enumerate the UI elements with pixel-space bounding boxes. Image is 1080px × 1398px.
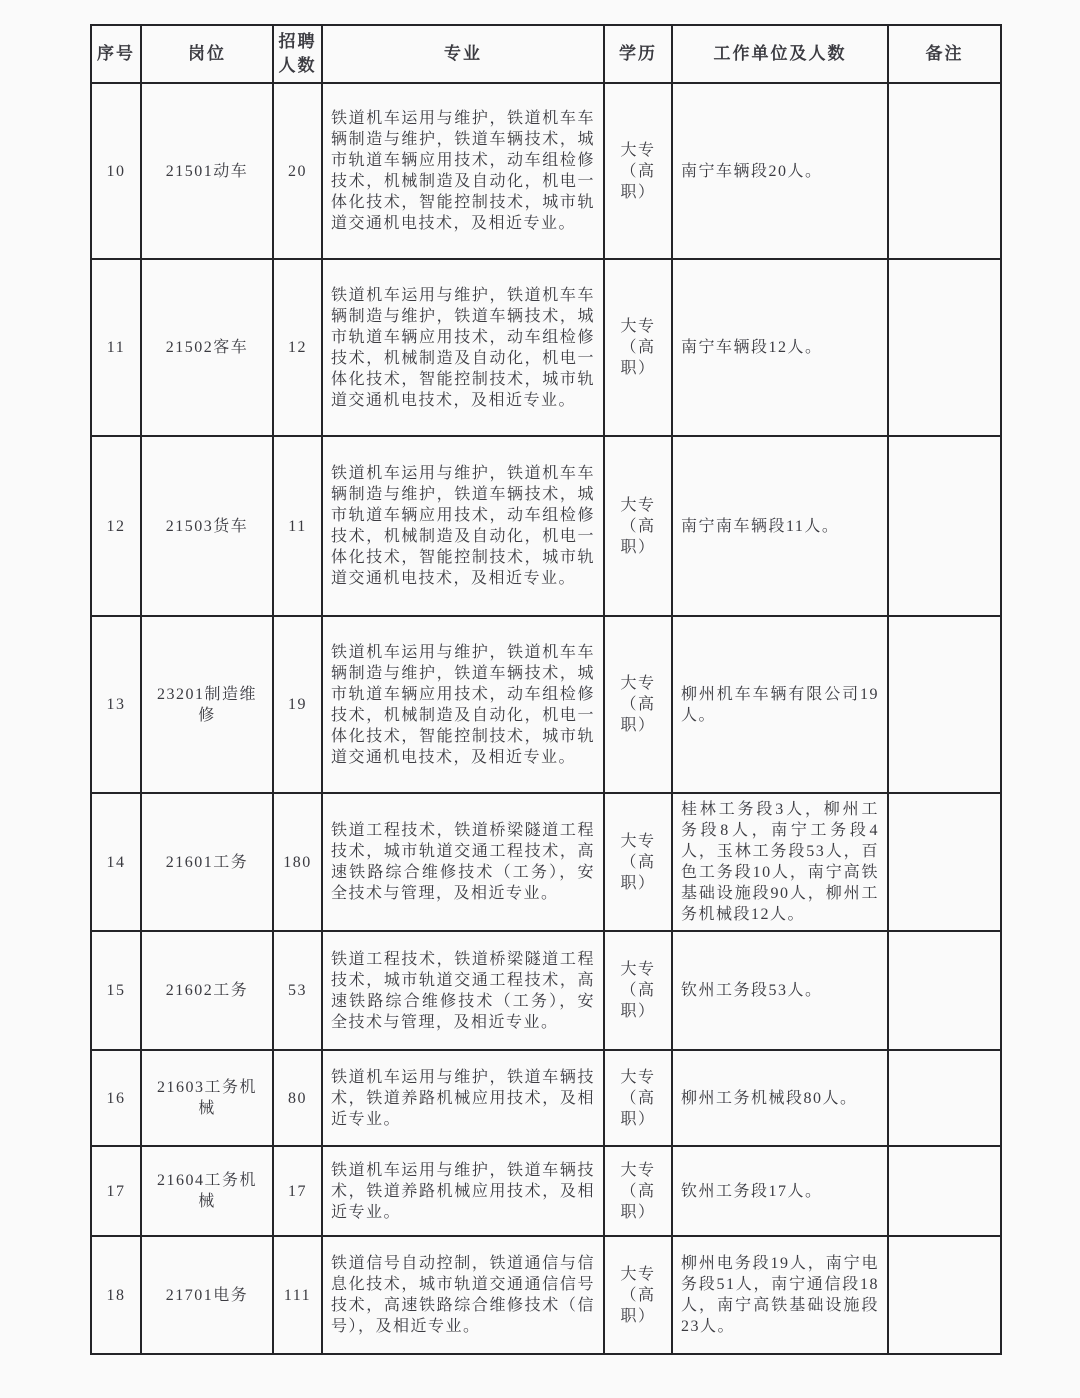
- cell-work-unit: 南宁南车辆段11人。: [672, 436, 888, 616]
- cell-work-unit: 南宁车辆段20人。: [672, 83, 888, 259]
- cell-education: 大专（高职）: [604, 1050, 672, 1146]
- cell-education: 大专（高职）: [604, 259, 672, 436]
- cell-work-unit: 南宁车辆段12人。: [672, 259, 888, 436]
- table-header-row: 序号 岗位 招聘人数 专业 学历 工作单位及人数 备注: [91, 25, 1001, 83]
- cell-work-unit: 柳州工务机械段80人。: [672, 1050, 888, 1146]
- header-recruit-count: 招聘人数: [273, 25, 322, 83]
- table-row: 15 21602工务 53 铁道工程技术，铁道桥梁隧道工程技术，城市轨道交通工程…: [91, 931, 1001, 1050]
- recruitment-table: 序号 岗位 招聘人数 专业 学历 工作单位及人数 备注 10 21501动车 2…: [90, 24, 1002, 1355]
- cell-recruit-count: 80: [273, 1050, 322, 1146]
- cell-remarks: [888, 1146, 1001, 1236]
- cell-education: 大专（高职）: [604, 83, 672, 259]
- cell-serial-number: 11: [91, 259, 141, 436]
- cell-position: 23201制造维修: [141, 616, 273, 793]
- cell-position: 21601工务: [141, 793, 273, 931]
- cell-serial-number: 18: [91, 1236, 141, 1354]
- cell-work-unit: 桂林工务段3人，柳州工务段8人，南宁工务段4人，玉林工务段53人，百色工务段10…: [672, 793, 888, 931]
- cell-remarks: [888, 83, 1001, 259]
- header-work-unit: 工作单位及人数: [672, 25, 888, 83]
- cell-education: 大专（高职）: [604, 616, 672, 793]
- cell-remarks: [888, 793, 1001, 931]
- document-page: 序号 岗位 招聘人数 专业 学历 工作单位及人数 备注 10 21501动车 2…: [0, 0, 1080, 1398]
- cell-major: 铁道工程技术，铁道桥梁隧道工程技术，城市轨道交通工程技术，高速铁路综合维修技术（…: [322, 931, 604, 1050]
- header-major: 专业: [322, 25, 604, 83]
- table-row: 17 21604工务机械 17 铁道机车运用与维护，铁道车辆技术，铁道养路机械应…: [91, 1146, 1001, 1236]
- header-education: 学历: [604, 25, 672, 83]
- cell-remarks: [888, 259, 1001, 436]
- table-row: 11 21502客车 12 铁道机车运用与维护，铁道机车车辆制造与维护，铁道车辆…: [91, 259, 1001, 436]
- cell-recruit-count: 19: [273, 616, 322, 793]
- cell-recruit-count: 180: [273, 793, 322, 931]
- cell-serial-number: 15: [91, 931, 141, 1050]
- table-row: 12 21503货车 11 铁道机车运用与维护，铁道机车车辆制造与维护，铁道车辆…: [91, 436, 1001, 616]
- cell-recruit-count: 17: [273, 1146, 322, 1236]
- header-serial-number: 序号: [91, 25, 141, 83]
- cell-serial-number: 10: [91, 83, 141, 259]
- cell-serial-number: 12: [91, 436, 141, 616]
- cell-recruit-count: 12: [273, 259, 322, 436]
- cell-serial-number: 14: [91, 793, 141, 931]
- cell-work-unit: 钦州工务段53人。: [672, 931, 888, 1050]
- cell-position: 21701电务: [141, 1236, 273, 1354]
- cell-serial-number: 17: [91, 1146, 141, 1236]
- table-row: 10 21501动车 20 铁道机车运用与维护，铁道机车车辆制造与维护，铁道车辆…: [91, 83, 1001, 259]
- cell-major: 铁道机车运用与维护，铁道车辆技术，铁道养路机械应用技术，及相近专业。: [322, 1146, 604, 1236]
- cell-position: 21501动车: [141, 83, 273, 259]
- cell-recruit-count: 11: [273, 436, 322, 616]
- cell-recruit-count: 20: [273, 83, 322, 259]
- cell-major: 铁道机车运用与维护，铁道机车车辆制造与维护，铁道车辆技术，城市轨道车辆应用技术，…: [322, 83, 604, 259]
- cell-remarks: [888, 931, 1001, 1050]
- cell-serial-number: 13: [91, 616, 141, 793]
- cell-major: 铁道机车运用与维护，铁道机车车辆制造与维护，铁道车辆技术，城市轨道车辆应用技术，…: [322, 259, 604, 436]
- cell-major: 铁道工程技术，铁道桥梁隧道工程技术，城市轨道交通工程技术，高速铁路综合维修技术（…: [322, 793, 604, 931]
- cell-education: 大专（高职）: [604, 436, 672, 616]
- header-position: 岗位: [141, 25, 273, 83]
- cell-education: 大专（高职）: [604, 793, 672, 931]
- cell-major: 铁道机车运用与维护，铁道机车车辆制造与维护，铁道车辆技术，城市轨道车辆应用技术，…: [322, 616, 604, 793]
- header-remarks: 备注: [888, 25, 1001, 83]
- table-row: 18 21701电务 111 铁道信号自动控制，铁道通信与信息化技术，城市轨道交…: [91, 1236, 1001, 1354]
- cell-position: 21603工务机械: [141, 1050, 273, 1146]
- cell-major: 铁道机车运用与维护，铁道车辆技术，铁道养路机械应用技术，及相近专业。: [322, 1050, 604, 1146]
- cell-work-unit: 柳州电务段19人，南宁电务段51人，南宁通信段18人，南宁高铁基础设施段23人。: [672, 1236, 888, 1354]
- cell-major: 铁道机车运用与维护，铁道机车车辆制造与维护，铁道车辆技术，城市轨道车辆应用技术，…: [322, 436, 604, 616]
- table-row: 16 21603工务机械 80 铁道机车运用与维护，铁道车辆技术，铁道养路机械应…: [91, 1050, 1001, 1146]
- cell-position: 21503货车: [141, 436, 273, 616]
- cell-remarks: [888, 436, 1001, 616]
- cell-work-unit: 柳州机车车辆有限公司19人。: [672, 616, 888, 793]
- cell-remarks: [888, 1050, 1001, 1146]
- cell-remarks: [888, 616, 1001, 793]
- cell-position: 21502客车: [141, 259, 273, 436]
- cell-major: 铁道信号自动控制，铁道通信与信息化技术，城市轨道交通通信信号技术，高速铁路综合维…: [322, 1236, 604, 1354]
- cell-recruit-count: 111: [273, 1236, 322, 1354]
- cell-position: 21604工务机械: [141, 1146, 273, 1236]
- cell-education: 大专（高职）: [604, 1146, 672, 1236]
- cell-position: 21602工务: [141, 931, 273, 1050]
- cell-remarks: [888, 1236, 1001, 1354]
- cell-education: 大专（高职）: [604, 1236, 672, 1354]
- cell-work-unit: 钦州工务段17人。: [672, 1146, 888, 1236]
- cell-serial-number: 16: [91, 1050, 141, 1146]
- table-row: 13 23201制造维修 19 铁道机车运用与维护，铁道机车车辆制造与维护，铁道…: [91, 616, 1001, 793]
- cell-education: 大专（高职）: [604, 931, 672, 1050]
- table-row: 14 21601工务 180 铁道工程技术，铁道桥梁隧道工程技术，城市轨道交通工…: [91, 793, 1001, 931]
- cell-recruit-count: 53: [273, 931, 322, 1050]
